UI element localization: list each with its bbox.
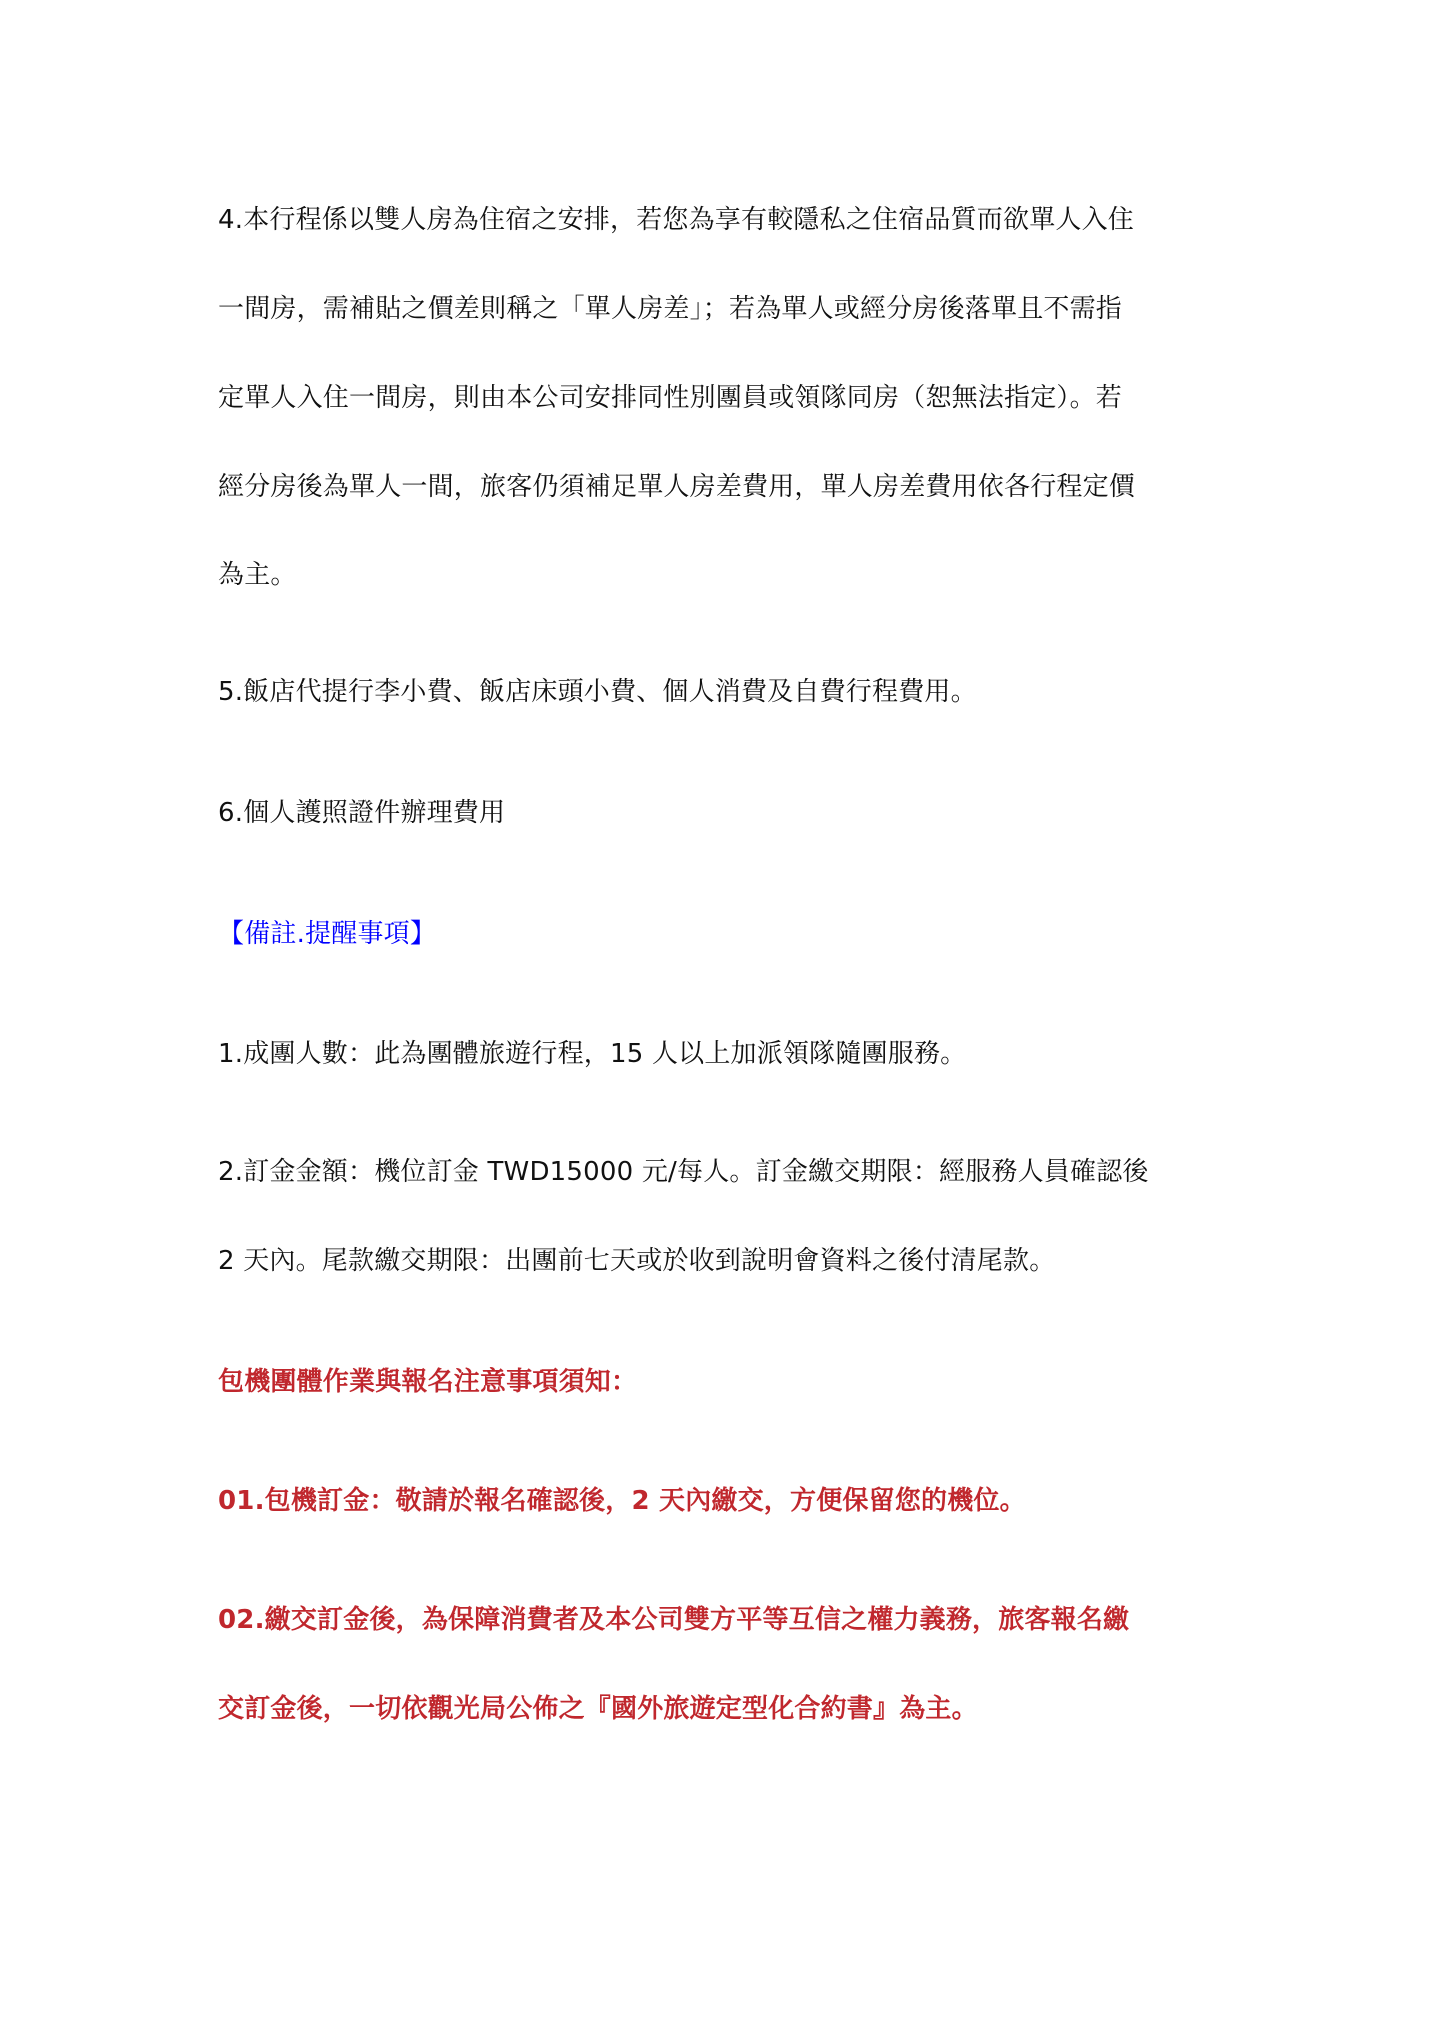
text-line: 交訂金後，一切依觀光局公佈之『國外旅遊定型化合約書』為主。 bbox=[218, 1691, 978, 1727]
text-line: 1.成團人數：此為團體旅遊行程，15 人以上加派領隊隨團服務。 bbox=[218, 1036, 966, 1072]
text-line: 6.個人護照證件辦理費用 bbox=[218, 795, 505, 831]
text-line: 經分房後為單人一間，旅客仍須補足單人房差費用，單人房差費用依各行程定價 bbox=[218, 469, 1135, 505]
text-line: 2 天內。尾款繳交期限：出團前七天或於收到說明會資料之後付清尾款。 bbox=[218, 1243, 1055, 1279]
text-line: 02.繳交訂金後，為保障消費者及本公司雙方平等互信之權力義務，旅客報名繳 bbox=[218, 1602, 1129, 1638]
text-line: 定單人入住一間房，則由本公司安排同性別團員或領隊同房（恕無法指定）。若 bbox=[218, 380, 1122, 416]
text-line: 一間房，需補貼之價差則稱之「單人房差」；若為單人或經分房後落單且不需指 bbox=[218, 291, 1122, 327]
text-line: 為主。 bbox=[218, 557, 297, 593]
text-line: 4.本行程係以雙人房為住宿之安排，若您為享有較隱私之住宿品質而欲單人入住 bbox=[218, 202, 1134, 238]
section-heading: 包機團體作業與報名注意事項須知： bbox=[218, 1364, 637, 1400]
text-line: 5.飯店代提行李小費、飯店床頭小費、個人消費及自費行程費用。 bbox=[218, 674, 977, 710]
text-line: 01.包機訂金：敬請於報名確認後，2 天內繳交，方便保留您的機位。 bbox=[218, 1483, 1026, 1519]
text-line: 2.訂金金額：機位訂金 TWD15000 元/每人。訂金繳交期限：經服務人員確認… bbox=[218, 1154, 1149, 1190]
section-heading: 【備註.提醒事項】 bbox=[218, 916, 436, 952]
